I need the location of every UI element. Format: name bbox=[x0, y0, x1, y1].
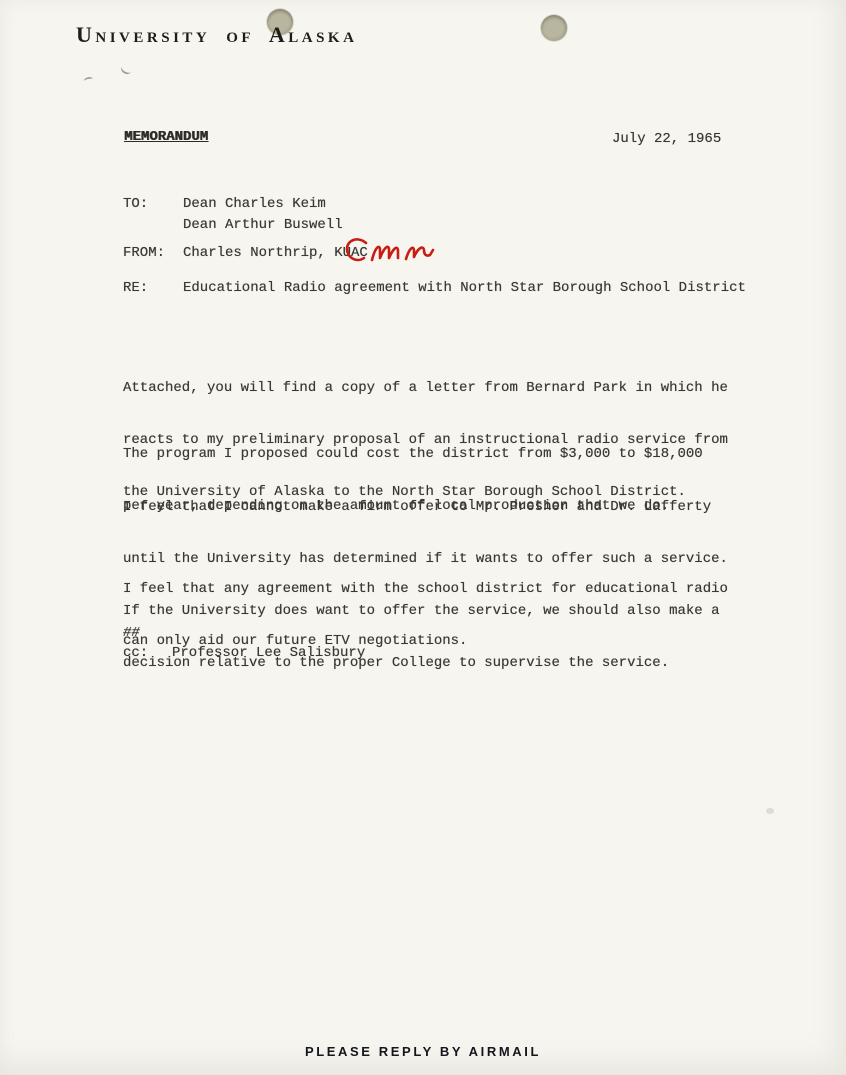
airmail-reply-notice: PLEASE REPLY BY AIRMAIL bbox=[0, 1044, 846, 1059]
field-label-to: TO: bbox=[123, 196, 148, 213]
cc-recipient: Professor Lee Salisbury bbox=[172, 645, 365, 662]
field-label-re: RE: bbox=[123, 280, 148, 297]
ink-smudge bbox=[766, 808, 774, 814]
letterhead-university-name: University of Alaska bbox=[76, 22, 357, 48]
memo-document: University of Alaska MEMORANDUM July 22,… bbox=[0, 0, 846, 1075]
recipient-name: Dean Charles Keim bbox=[183, 196, 326, 213]
ink-smudge bbox=[119, 62, 133, 76]
memo-date: July 22, 1965 bbox=[612, 131, 721, 148]
hole-punch-right bbox=[541, 15, 567, 41]
memo-subject: Educational Radio agreement with North S… bbox=[183, 280, 746, 297]
field-label-from: FROM: bbox=[123, 245, 165, 262]
ink-smudge bbox=[83, 76, 93, 84]
body-line: The program I proposed could cost the di… bbox=[123, 446, 703, 463]
end-of-memo-mark: ## bbox=[123, 625, 140, 642]
cc-label: cc: bbox=[123, 645, 148, 662]
recipient-name: Dean Arthur Buswell bbox=[183, 217, 343, 234]
body-line: Attached, you will find a copy of a lett… bbox=[123, 380, 728, 397]
body-line: I feel that I cannot make a firm offer t… bbox=[123, 499, 728, 516]
body-line: I feel that any agreement with the schoo… bbox=[123, 581, 728, 598]
sender-name: Charles Northrip, KUAC bbox=[183, 245, 368, 262]
memo-title: MEMORANDUM bbox=[124, 129, 208, 146]
handwritten-initials-red-ink bbox=[342, 236, 438, 268]
body-paragraph: I feel that any agreement with the schoo… bbox=[123, 546, 728, 685]
